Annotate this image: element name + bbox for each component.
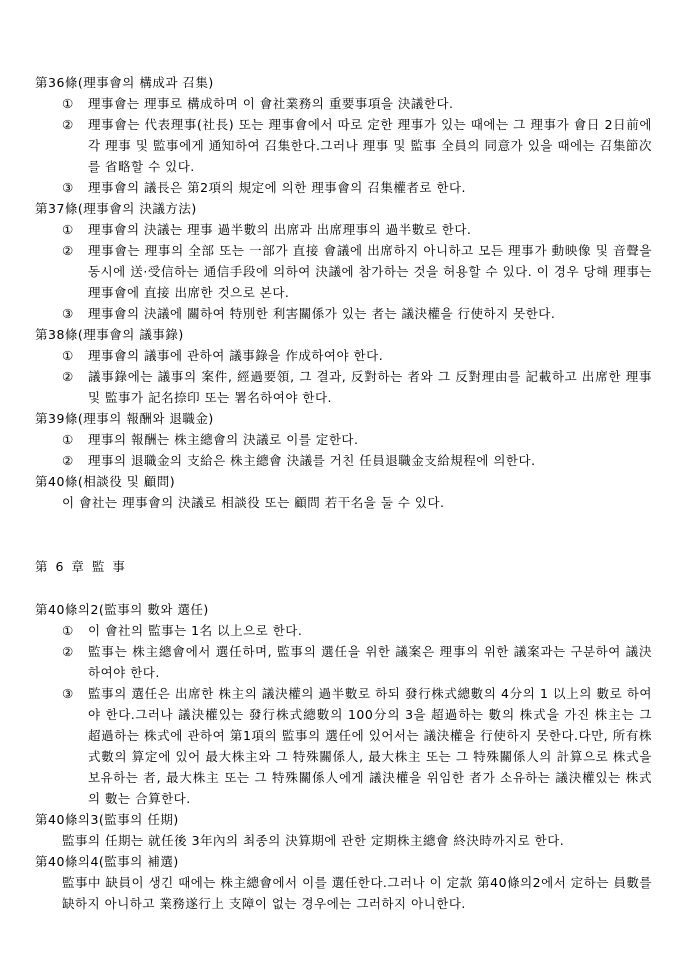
item-text: 理事의 退職金의 支給은 株主總會 決議를 거친 任員退職金支給規程에 의한다. [88,450,652,471]
article-38-item-1: ① 理事會의 議事에 관하여 議事錄을 作成하여야 한다. [62,345,652,366]
item-marker: ② [62,450,88,471]
item-text: 監事의 選任은 出席한 株主의 議決權의 過半數로 하되 發行株式總數의 4分의… [88,683,652,809]
article-38: 第38條(理事會의 議事錄) ① 理事會의 議事에 관하여 議事錄을 作成하여야… [35,324,652,408]
article-40-2-item-2: ② 監事는 株主總會에서 選任하며, 監事의 選任을 위한 議案은 理事의 위한… [62,641,652,683]
article-40-3-heading: 第40條의3(監事의 任期) [35,809,652,830]
article-39-heading: 第39條(理事의 報酬와 退職金) [35,408,652,429]
item-marker: ① [62,620,88,641]
article-37: 第37條(理事會의 決議方法) ① 理事會의 決議는 理事 過半數의 出席과 出… [35,198,652,324]
item-text: 理事會의 議事에 관하여 議事錄을 作成하여야 한다. [88,345,652,366]
article-40-4: 第40條의4(監事의 補選) 監事中 缺員이 생긴 때에는 株主總會에서 이를 … [35,851,652,914]
item-marker: ② [62,114,88,177]
item-marker: ① [62,345,88,366]
article-36-heading: 第36條(理事會의 構成과 召集) [35,72,652,93]
article-36-item-2: ② 理事會는 代表理事(社長) 또는 理事會에서 따로 定한 理事가 있는 때에… [62,114,652,177]
item-marker: ② [62,366,88,408]
article-40-body: 이 會社는 理事會의 決議로 相談役 또는 顧問 若干名을 둘 수 있다. [62,492,652,513]
item-text: 理事會는 理事로 構成하며 이 會社業務의 重要事項을 決議한다. [88,93,652,114]
article-36-item-3: ③ 理事會의 議長은 第2項의 規定에 의한 理事會의 召集權者로 한다. [62,177,652,198]
article-40-2-heading: 第40條의2(監事의 數와 選任) [35,599,652,620]
chapter-6-heading: 第 6 章 監 事 [35,556,652,577]
item-text: 監事는 株主總會에서 選任하며, 監事의 選任을 위한 議案은 理事의 위한 議… [88,641,652,683]
item-marker: ② [62,240,88,303]
article-40: 第40條(相談役 및 顧問) 이 會社는 理事會의 決議로 相談役 또는 顧問 … [35,471,652,513]
article-37-item-3: ③ 理事會의 決議에 關하여 特別한 利害關係가 있는 者는 議決權을 行使하지… [62,303,652,324]
item-text: 理事會의 決議에 關하여 特別한 利害關係가 있는 者는 議決權을 行使하지 못… [88,303,652,324]
article-39-item-2: ② 理事의 退職金의 支給은 株主總會 決議를 거친 任員退職金支給規程에 의한… [62,450,652,471]
item-text: 理事會의 決議는 理事 過半數의 出席과 出席理事의 過半數로 한다. [88,219,652,240]
article-40-2-item-3: ③ 監事의 選任은 出席한 株主의 議決權의 過半數로 하되 發行株式總數의 4… [62,683,652,809]
item-text: 理事會의 議長은 第2項의 規定에 의한 理事會의 召集權者로 한다. [88,177,652,198]
item-text: 理事會는 理事의 全部 또는 一部가 直接 會議에 出席하지 아니하고 모든 理… [88,240,652,303]
item-marker: ① [62,219,88,240]
article-37-item-1: ① 理事會의 決議는 理事 過半數의 出席과 出席理事의 過半數로 한다. [62,219,652,240]
article-40-2: 第40條의2(監事의 數와 選任) ① 이 會社의 監事는 1名 以上으로 한다… [35,599,652,809]
article-37-heading: 第37條(理事會의 決議方法) [35,198,652,219]
item-text: 理事會는 代表理事(社長) 또는 理事會에서 따로 定한 理事가 있는 때에는 … [88,114,652,177]
item-text: 理事의 報酬는 株主總會의 決議로 이를 定한다. [88,429,652,450]
document-page: 第36條(理事會의 構成과 召集) ① 理事會는 理事로 構成하며 이 會社業務… [0,0,680,962]
article-40-3-body: 監事의 任期는 就任後 3年內의 최종의 決算期에 관한 定期株主總會 終決時까… [62,830,652,851]
article-36-item-1: ① 理事會는 理事로 構成하며 이 會社業務의 重要事項을 決議한다. [62,93,652,114]
article-40-heading: 第40條(相談役 및 顧問) [35,471,652,492]
item-text: 議事錄에는 議事의 案件, 經過要領, 그 결과, 反對하는 者와 그 反對理由… [88,366,652,408]
item-marker: ① [62,93,88,114]
article-38-item-2: ② 議事錄에는 議事의 案件, 經過要領, 그 결과, 反對하는 者와 그 反對… [62,366,652,408]
article-37-item-2: ② 理事會는 理事의 全部 또는 一部가 直接 會議에 出席하지 아니하고 모든… [62,240,652,303]
item-marker: ② [62,641,88,683]
item-marker: ① [62,429,88,450]
item-text: 이 會社의 監事는 1名 以上으로 한다. [88,620,652,641]
item-marker: ③ [62,683,88,809]
item-marker: ③ [62,177,88,198]
article-38-heading: 第38條(理事會의 議事錄) [35,324,652,345]
item-marker: ③ [62,303,88,324]
article-40-2-item-1: ① 이 會社의 監事는 1名 以上으로 한다. [62,620,652,641]
article-36: 第36條(理事會의 構成과 召集) ① 理事會는 理事로 構成하며 이 會社業務… [35,72,652,198]
article-40-4-heading: 第40條의4(監事의 補選) [35,851,652,872]
article-39-item-1: ① 理事의 報酬는 株主總會의 決議로 이를 定한다. [62,429,652,450]
article-40-3: 第40條의3(監事의 任期) 監事의 任期는 就任後 3年內의 최종의 決算期에… [35,809,652,851]
article-40-4-body: 監事中 缺員이 생긴 때에는 株主總會에서 이를 選任한다.그러나 이 定款 第… [62,872,652,914]
article-39: 第39條(理事의 報酬와 退職金) ① 理事의 報酬는 株主總會의 決議로 이를… [35,408,652,471]
